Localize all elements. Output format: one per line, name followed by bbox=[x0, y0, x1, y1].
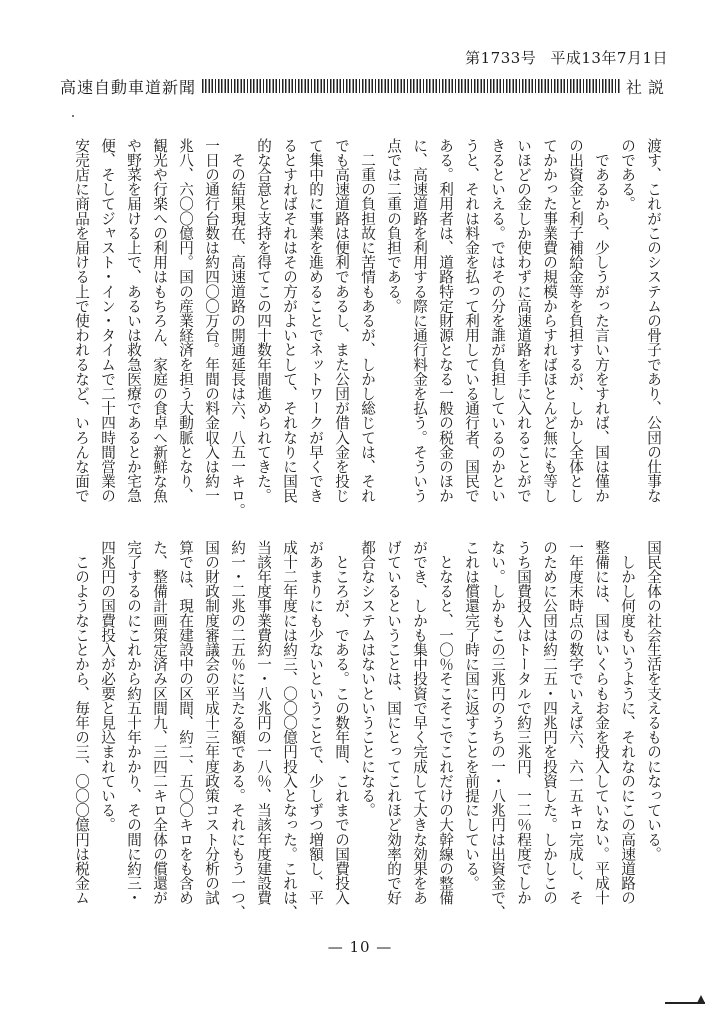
text-column: 国の財政制度審議会の平成十三年度政策コスト分析の試 bbox=[198, 540, 224, 910]
text-column: しかし何度もいうように、それなのにこの高速道路の bbox=[614, 540, 640, 910]
text-column: 算では、現在建設中の区間、約二、五〇〇キロをも含め bbox=[172, 540, 198, 910]
article-top-band: 渡す、これがこのシステムの骨子であり、公団の仕事なのである。 であるから、少しう… bbox=[60, 138, 666, 518]
text-column: 的な合意と支持を得てこの四十数年間進められてきた。 bbox=[250, 138, 276, 518]
text-column: 観光や行楽への利用はもちろん、家庭の食卓へ新鮮な魚 bbox=[146, 138, 172, 518]
text-column: 当該年度事業費約一・八兆円の一八％、当該年度建設費 bbox=[250, 540, 276, 910]
text-column: 点では二重の負担である。 bbox=[380, 138, 406, 518]
masthead-rule-bars bbox=[202, 79, 620, 93]
issue-number: 第1733号 bbox=[465, 47, 536, 68]
text-column: ができ、しかも集中投資で早く完成して大きな効果をあ bbox=[406, 540, 432, 910]
text-column: でも高速道路は便利であるし、また公団が借入金を投じ bbox=[328, 138, 354, 518]
text-column: 二重の負担故に苦情もあるが、しかし総じては、それ bbox=[354, 138, 380, 518]
text-column: ある。利用者は、道路特定財源となる一般の税金のほか bbox=[432, 138, 458, 518]
text-column: 国民全体の社会生活を支えるものになっている。 bbox=[640, 540, 666, 910]
masthead: 高速自動車道新聞 社説 bbox=[60, 76, 670, 96]
text-column: 四兆円の国費投入が必要と見込まれている。 bbox=[94, 540, 120, 910]
page-number: — 10 — bbox=[0, 938, 720, 956]
paper-name: 高速自動車道新聞 bbox=[60, 75, 196, 98]
issue-date: 平成13年7月1日 bbox=[550, 47, 668, 68]
text-column: のために公団は約二五・四兆円を投資した。しかしこの bbox=[536, 540, 562, 910]
text-column: 都合なシステムはないということになる。 bbox=[354, 540, 380, 910]
text-column: 成十二年度には約三、〇〇〇億円投入となった。これは、 bbox=[276, 540, 302, 910]
text-column: となると、一〇％そこそこでこれだけの大幹線の整備 bbox=[432, 540, 458, 910]
text-column: 安売店に商品を届ける上で使われるなど、いろんな面で bbox=[68, 138, 94, 518]
text-column: きるといえる。ではその分を誰が負担しているのかとい bbox=[484, 138, 510, 518]
text-column: 一年度末時点の数字でいえば六、六一五キロ完成し、そ bbox=[562, 540, 588, 910]
text-column: に、高速道路を利用する際に通行料金を払う。そういう bbox=[406, 138, 432, 518]
text-column: 渡す、これがこのシステムの骨子であり、公団の仕事な bbox=[640, 138, 666, 518]
text-column: のである。 bbox=[614, 138, 640, 518]
text-column: うと、それは料金を払って利用している通行者、国民で bbox=[458, 138, 484, 518]
text-column: このようなことから、毎年の三、〇〇〇億円は税金ム bbox=[68, 540, 94, 910]
text-column: ない。しかもこの三兆円のうちの一・八兆円は出資金で、 bbox=[484, 540, 510, 910]
text-column: や野菜を届ける上で、あるいは救急医療であるとか宅急 bbox=[120, 138, 146, 518]
text-column: た、整備計画策定済み区間九、三四二キロ全体の償還が bbox=[146, 540, 172, 910]
stray-mark bbox=[72, 115, 74, 117]
text-column: 完了するのにこれから約五十年かかり、その間に約三・ bbox=[120, 540, 146, 910]
text-column: これは償還完了時に国に返すことを前提にしている。 bbox=[458, 540, 484, 910]
text-column: げているということは、国にとってこれほど効率的で好 bbox=[380, 540, 406, 910]
text-column: の出資金と利子補給金等を負担するが、しかし全体とし bbox=[562, 138, 588, 518]
text-column: 兆八、六〇〇億円。国の産業経済を担う大動脈となり、 bbox=[172, 138, 198, 518]
text-column: て集中的に事業を進めることでネットワークが早くでき bbox=[302, 138, 328, 518]
section-label: 社説 bbox=[626, 75, 670, 98]
text-column: ところが、である。この数年間、これまでの国費投入 bbox=[328, 540, 354, 910]
text-column: てかかった事業費の規模からすればほとんど無にも等し bbox=[536, 138, 562, 518]
text-column: があまりにも少ないということで、少しずつ増額し、平 bbox=[302, 540, 328, 910]
text-column: うち国費投入はトータルで約三兆円、一二％程度でしか bbox=[510, 540, 536, 910]
text-column: 約一・二兆の二五％に当たる額である。それにもう一つ、 bbox=[224, 540, 250, 910]
text-column: であるから、少しうがった言い方をすれば、国は僅か bbox=[588, 138, 614, 518]
text-column: 整備には、国はいくらもお金を投入していない。平成十 bbox=[588, 540, 614, 910]
issue-info: 第1733号 平成13年7月1日 bbox=[465, 47, 668, 68]
text-column: その結果現在、高速道路の開通延長は六、八五一キロ。 bbox=[224, 138, 250, 518]
text-column: るとすればそれはその方がよいとして、それなりに国民 bbox=[276, 138, 302, 518]
text-column: 一日の通行台数は約四〇〇万台。年間の料金収入は約一 bbox=[198, 138, 224, 518]
text-column: 便、そしてジャスト・イン・タイムで二十四時間営業の bbox=[94, 138, 120, 518]
text-column: いほどの金しか使わずに高速道路を手に入れることがで bbox=[510, 138, 536, 518]
article-bottom-band: 国民全体の社会生活を支えるものになっている。 しかし何度もいうように、それなのに… bbox=[60, 540, 666, 910]
corner-mark bbox=[665, 1002, 705, 1004]
